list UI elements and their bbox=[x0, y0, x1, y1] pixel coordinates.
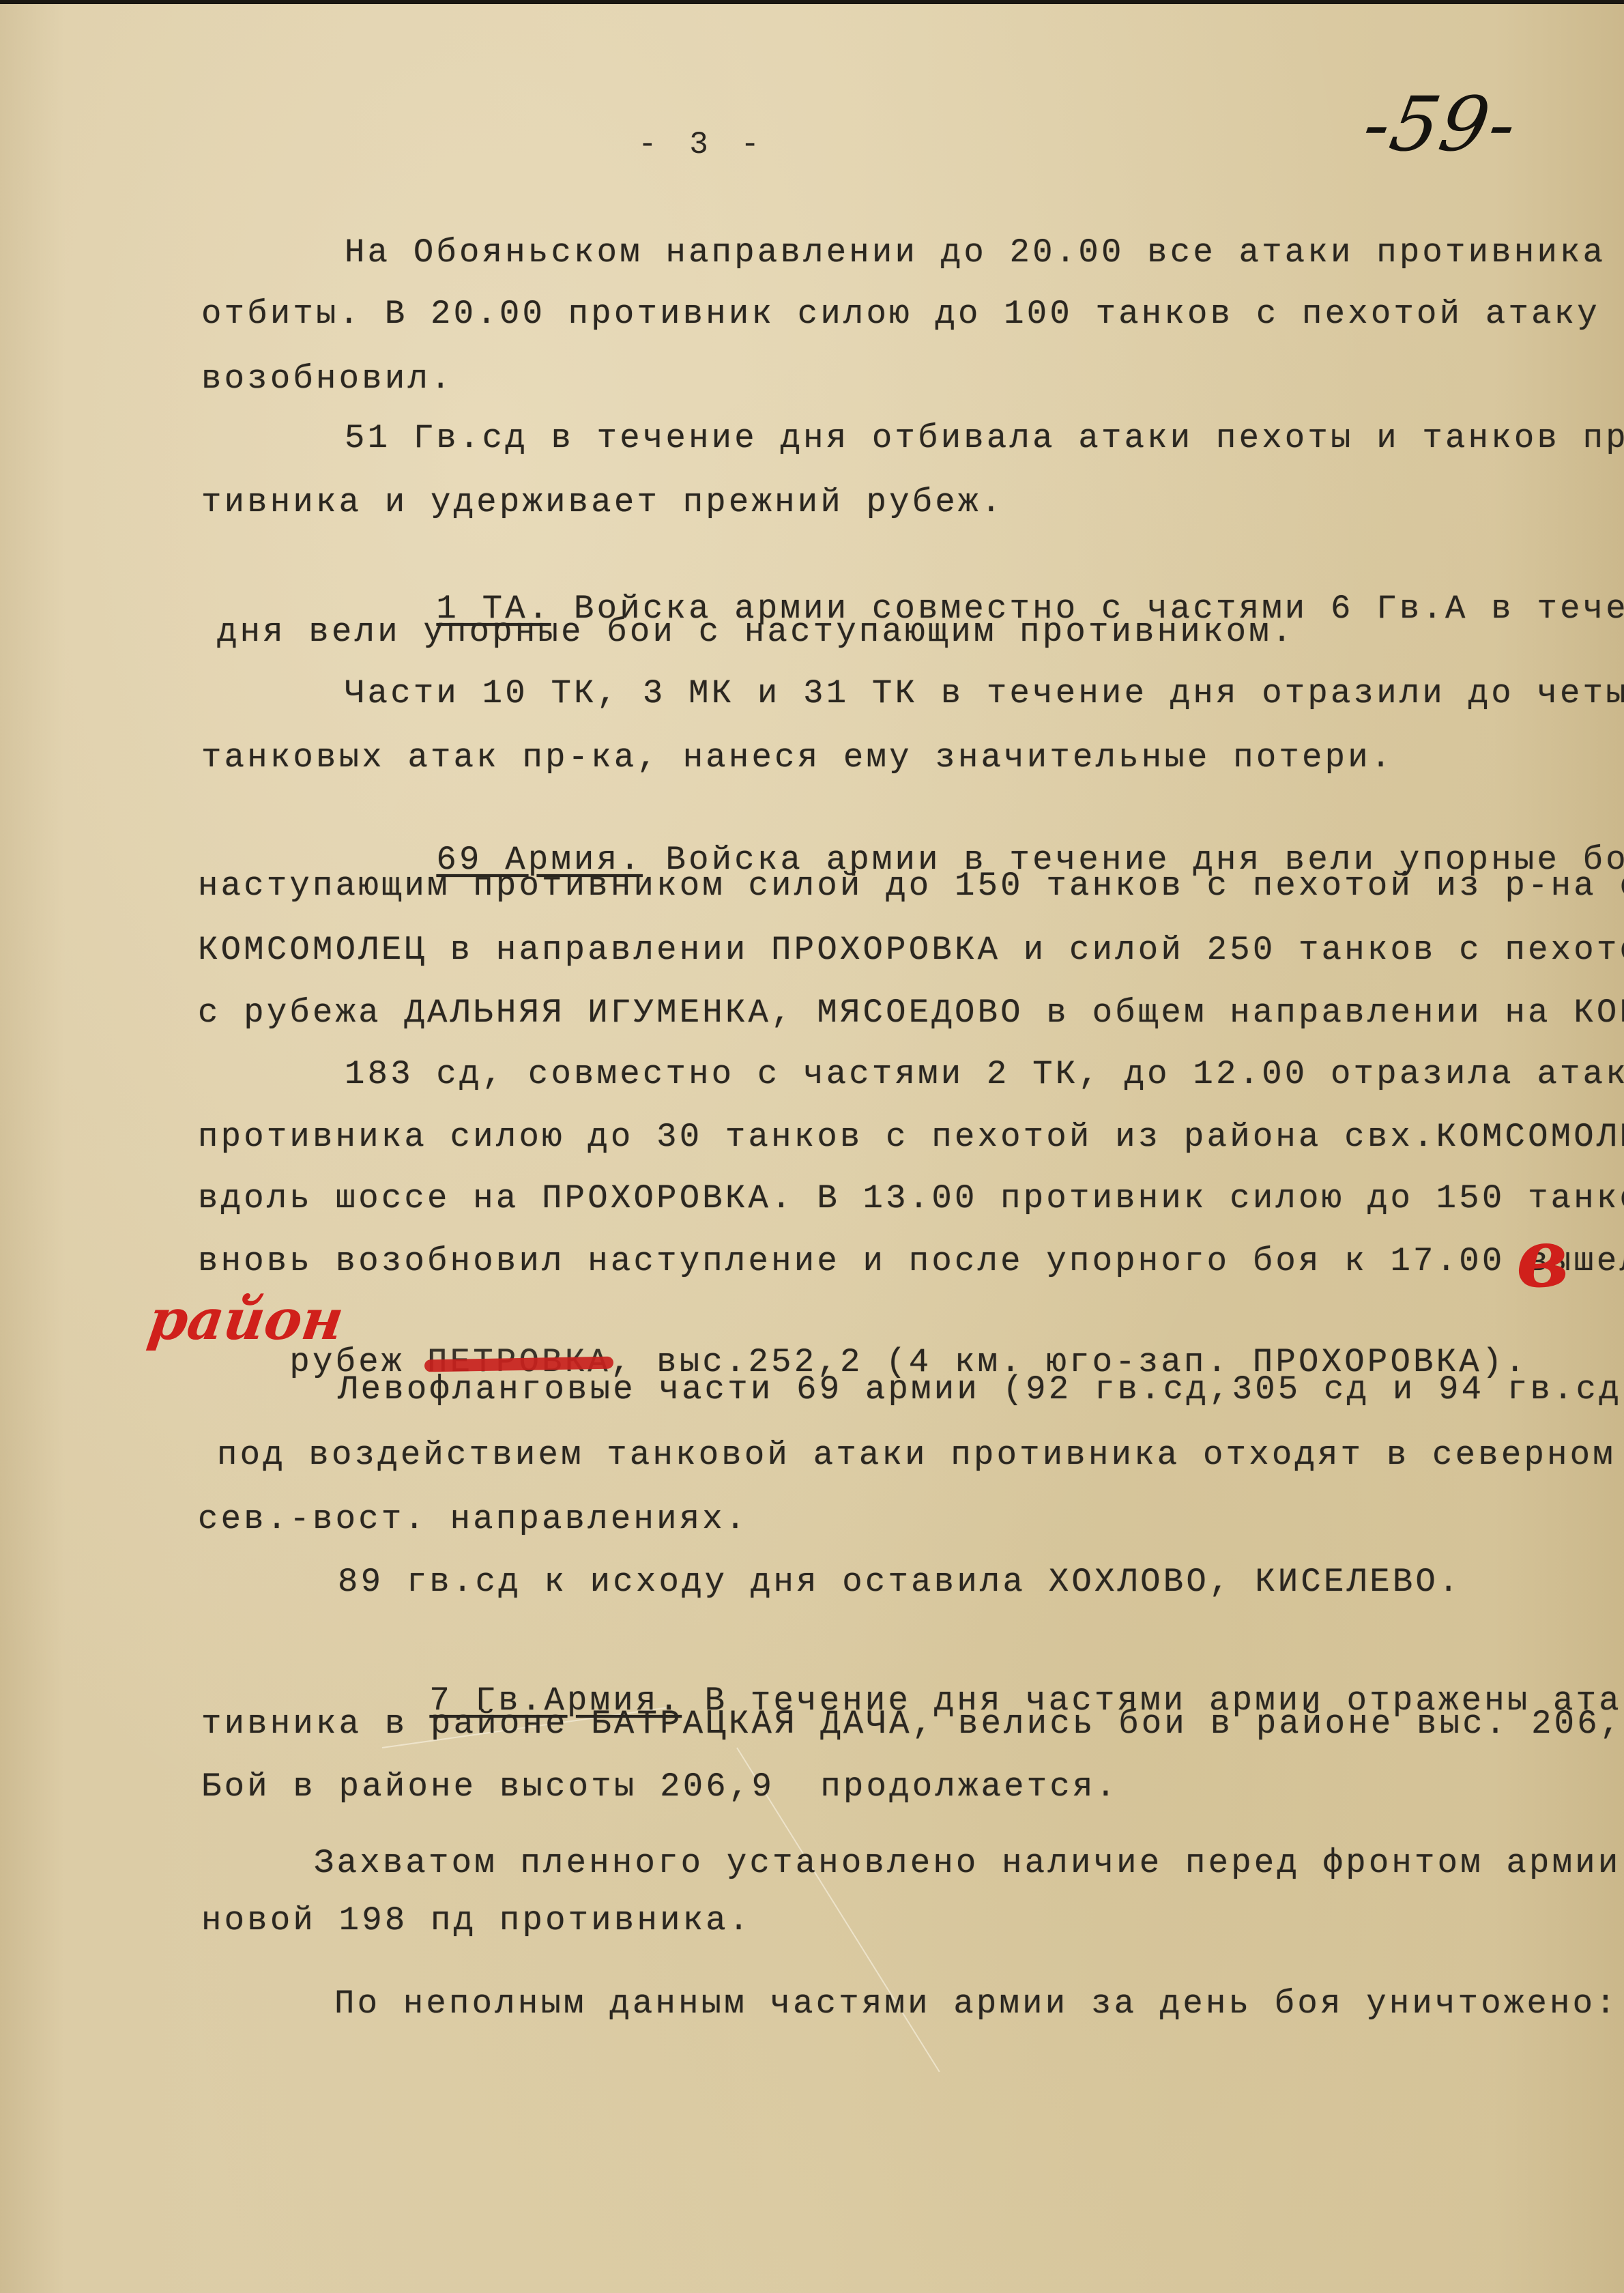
handwritten-insert-v: в bbox=[1516, 1211, 1569, 1306]
text-line: По неполным данным частями армии за день… bbox=[334, 1985, 1619, 2023]
text-line: танковых атак пр-ка, нанеся ему значител… bbox=[201, 738, 1393, 777]
archive-sheet-number: -59- bbox=[1357, 81, 1524, 168]
text-line: наступающим противником силой до 150 тан… bbox=[198, 867, 1624, 905]
text-line: вновь возобновил наступление и после упо… bbox=[198, 1242, 1624, 1280]
handwritten-insert-rayon: район bbox=[144, 1287, 347, 1353]
document-page: - 3 - -59- На Обояньском направлении до … bbox=[0, 0, 1624, 2293]
text-line: вдоль шоссе на ПРОХОРОВКА. В 13.00 проти… bbox=[198, 1179, 1624, 1217]
text-line: отбиты. В 20.00 противник силою до 100 т… bbox=[201, 295, 1600, 333]
text-line: Бой в районе высоты 206,9 продолжается. bbox=[201, 1768, 1118, 1806]
scan-top-edge bbox=[0, 0, 1624, 4]
text-line: тивника в районе БАТРАЦКАЯ ДАЧА, велись … bbox=[201, 1705, 1624, 1743]
text-line: Части 10 ТК, 3 МК и 31 ТК в течение дня … bbox=[345, 674, 1624, 712]
text-line: Захватом пленного установлено наличие пе… bbox=[314, 1844, 1621, 1882]
text-line: Левофланговые части 69 армии (92 гв.сд,3… bbox=[338, 1370, 1624, 1409]
text-line: противника силою до 30 танков с пехотой … bbox=[198, 1118, 1624, 1156]
text-line: возобновил. bbox=[201, 360, 454, 398]
text-line: 51 Гв.сд в течение дня отбивала атаки пе… bbox=[345, 419, 1624, 457]
text-line: 89 гв.сд к исходу дня оставила ХОХЛОВО, … bbox=[338, 1563, 1462, 1601]
text-line: новой 198 пд противника. bbox=[201, 1901, 752, 1939]
text-line: с рубежа ДАЛЬНЯЯ ИГУМЕНКА, МЯСОЕДОВО в о… bbox=[198, 994, 1624, 1032]
page-number: - 3 - bbox=[638, 127, 766, 162]
text-line: тивника и удерживает прежний рубеж. bbox=[201, 483, 1004, 521]
text-line: дня вели упорные бои с наступающим проти… bbox=[217, 613, 1294, 651]
text-line: КОМСОМОЛЕЦ в направлении ПРОХОРОВКА и си… bbox=[198, 931, 1624, 969]
text-line: под воздействием танковой атаки противни… bbox=[217, 1436, 1624, 1474]
text-line: На Обояньском направлении до 20.00 все а… bbox=[345, 233, 1606, 272]
text-line: сев.-вост. направлениях. bbox=[198, 1500, 749, 1538]
text-line: 183 сд, совместно с частями 2 ТК, до 12.… bbox=[345, 1055, 1624, 1093]
